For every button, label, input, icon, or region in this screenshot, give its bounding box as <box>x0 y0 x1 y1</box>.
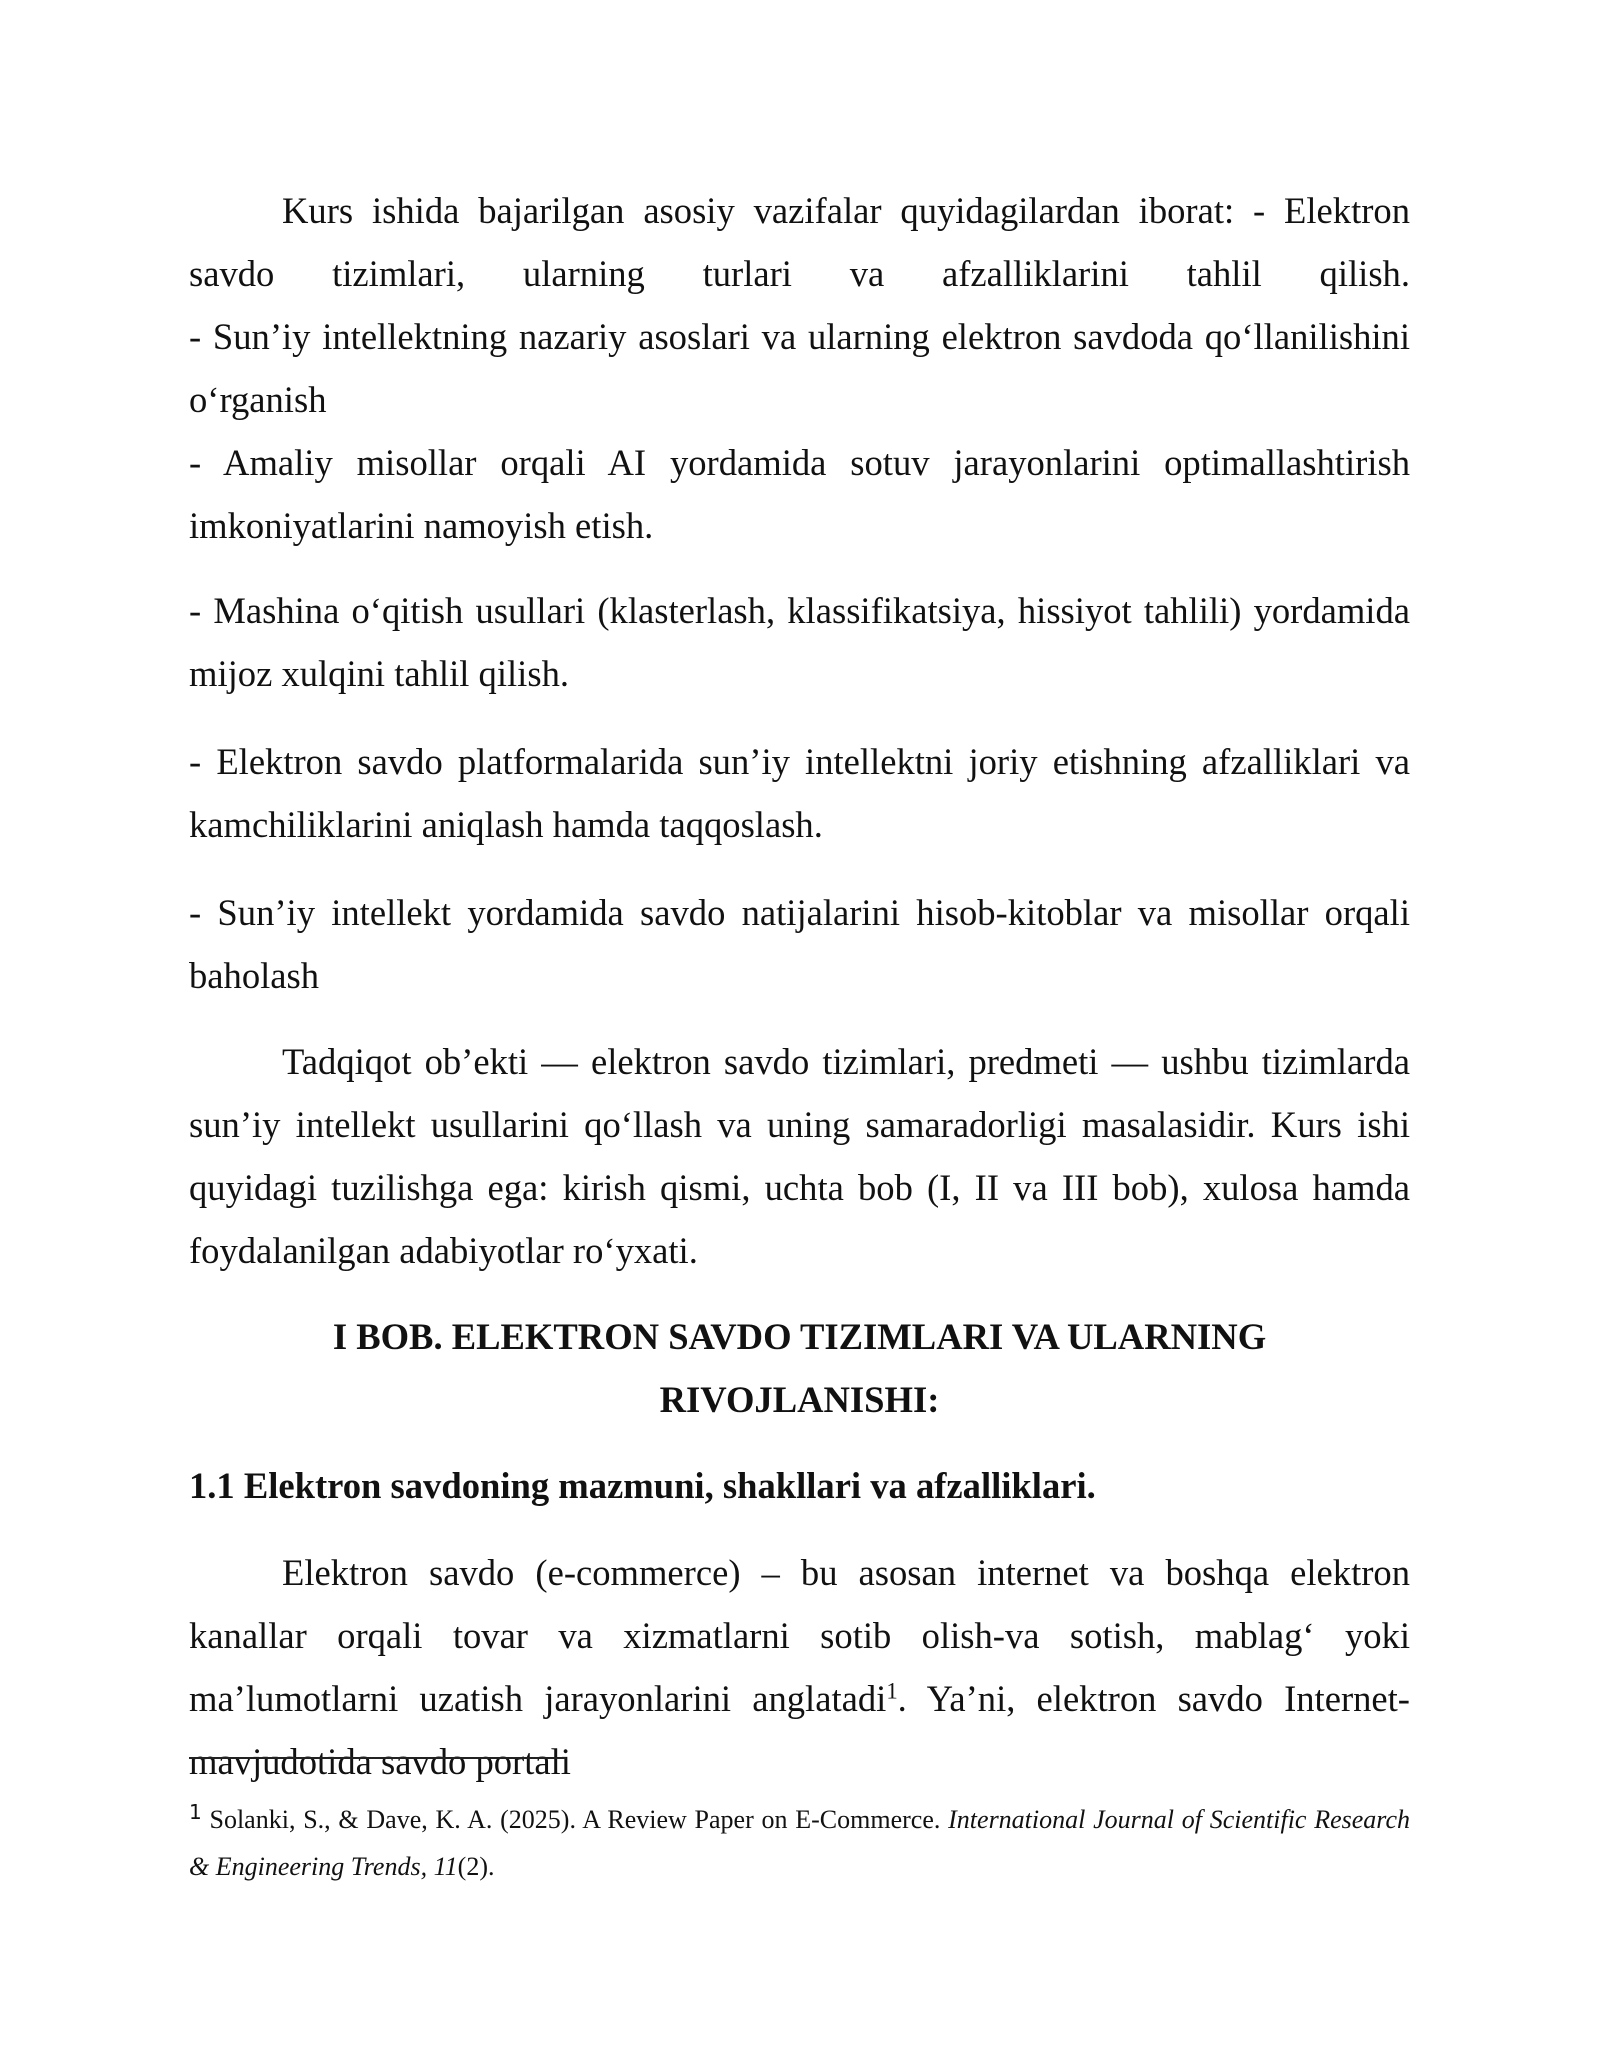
task-item-practical: - Amaliy misollar orqali AI yordamida so… <box>189 431 1410 557</box>
task-item-machine-learning: - Mashina o‘qitish usullari (klasterlash… <box>189 579 1410 705</box>
footnote-citation: Solanki, S., & Dave, K. A. (2025). A Rev… <box>202 1805 948 1834</box>
task-item-ai-theory: - Sun’iy intellektning nazariy asoslari … <box>189 305 1410 431</box>
research-object-paragraph: Tadqiqot ob’ekti — elektron savdo tiziml… <box>189 1030 1410 1282</box>
chapter-heading-line-1: I BOB. ELEKTRON SAVDO TIZIMLARI VA ULARN… <box>189 1305 1410 1368</box>
ecommerce-definition-paragraph: Elektron savdo (e-commerce) – bu asosan … <box>189 1541 1410 1793</box>
chapter-heading-line-2: RIVOJLANISHI: <box>189 1368 1410 1431</box>
task-item-evaluation: - Sun’iy intellekt yordamida savdo natij… <box>189 881 1410 1007</box>
footnote-1: 1 Solanki, S., & Dave, K. A. (2025). A R… <box>189 1796 1410 1890</box>
task-item-pros-cons: - Elektron savdo platformalarida sun’iy … <box>189 730 1410 856</box>
intro-tasks-paragraph: Kurs ishida bajarilgan asosiy vazifalar … <box>189 179 1410 305</box>
footnote-number: 1 <box>189 1800 202 1824</box>
footnote-reference[interactable]: 1 <box>886 1679 897 1704</box>
chapter-heading: I BOB. ELEKTRON SAVDO TIZIMLARI VA ULARN… <box>189 1305 1410 1431</box>
footnote-separator <box>189 1757 566 1759</box>
section-heading: 1.1 Elektron savdoning mazmuni, shakllar… <box>189 1454 1410 1517</box>
document-page: Kurs ishida bajarilgan asosiy vazifalar … <box>0 0 1600 2070</box>
footnote-issue: (2). <box>458 1852 495 1881</box>
